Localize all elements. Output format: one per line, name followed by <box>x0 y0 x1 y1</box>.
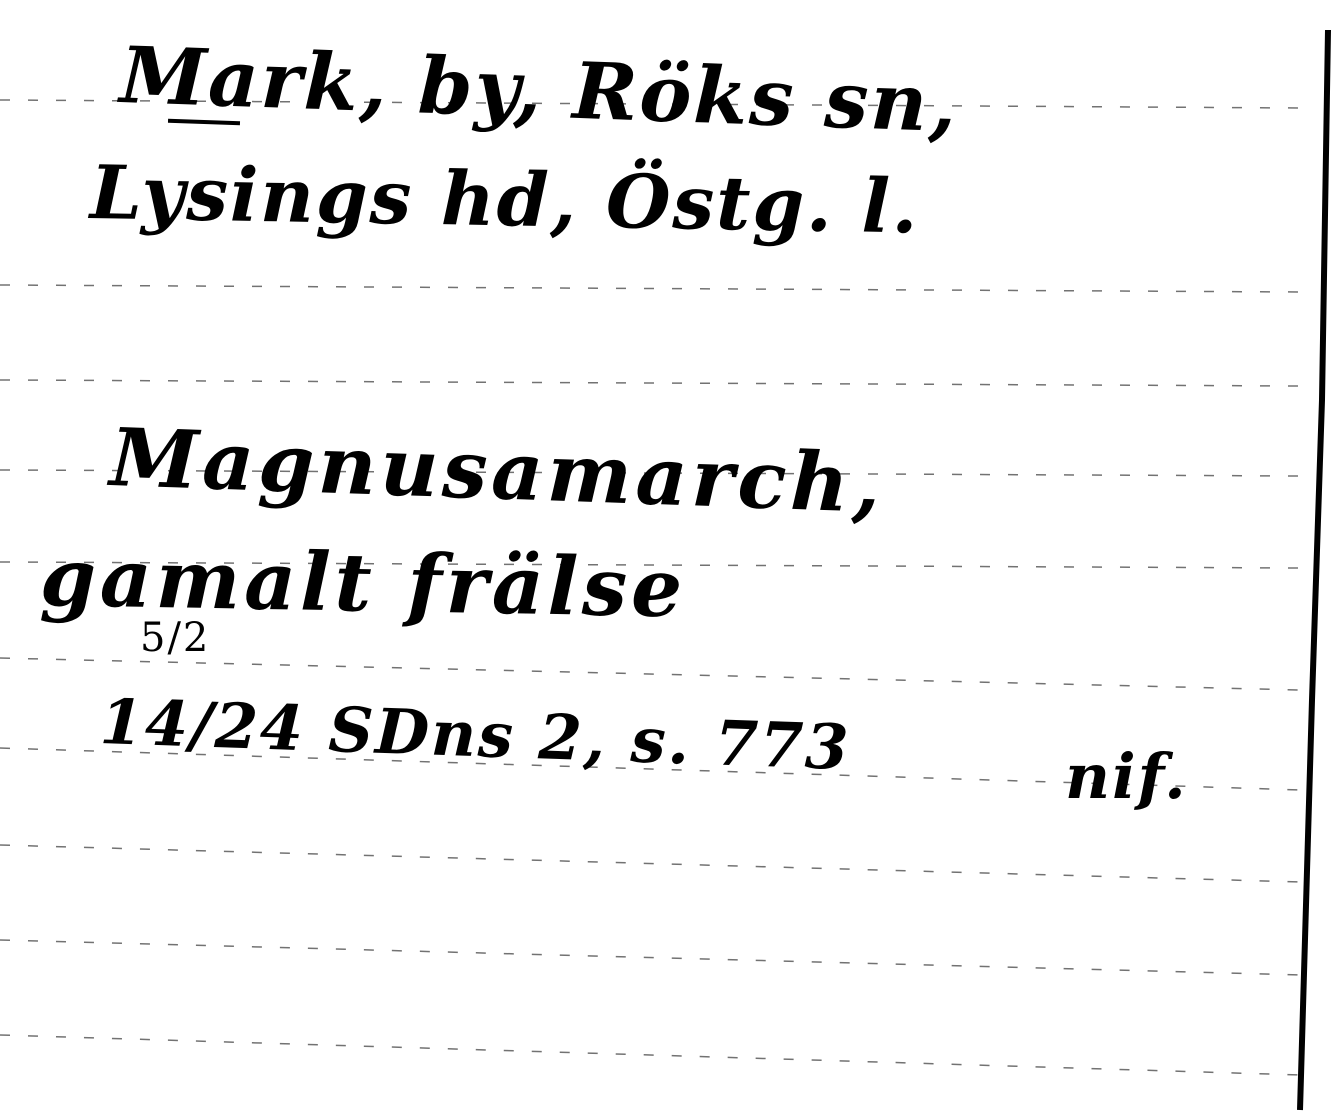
index-card: Mark, by, Röks sn, Lysings hd, Östg. l. … <box>0 0 1332 1113</box>
entry-line-2: gamalt frälse <box>39 530 687 635</box>
heading-line-2: Lysings hd, Östg. l. <box>89 150 920 250</box>
card-right-border <box>1300 30 1328 1110</box>
reference-date-superscript: 5/2 <box>140 615 210 661</box>
signature: nif. <box>1065 740 1188 813</box>
